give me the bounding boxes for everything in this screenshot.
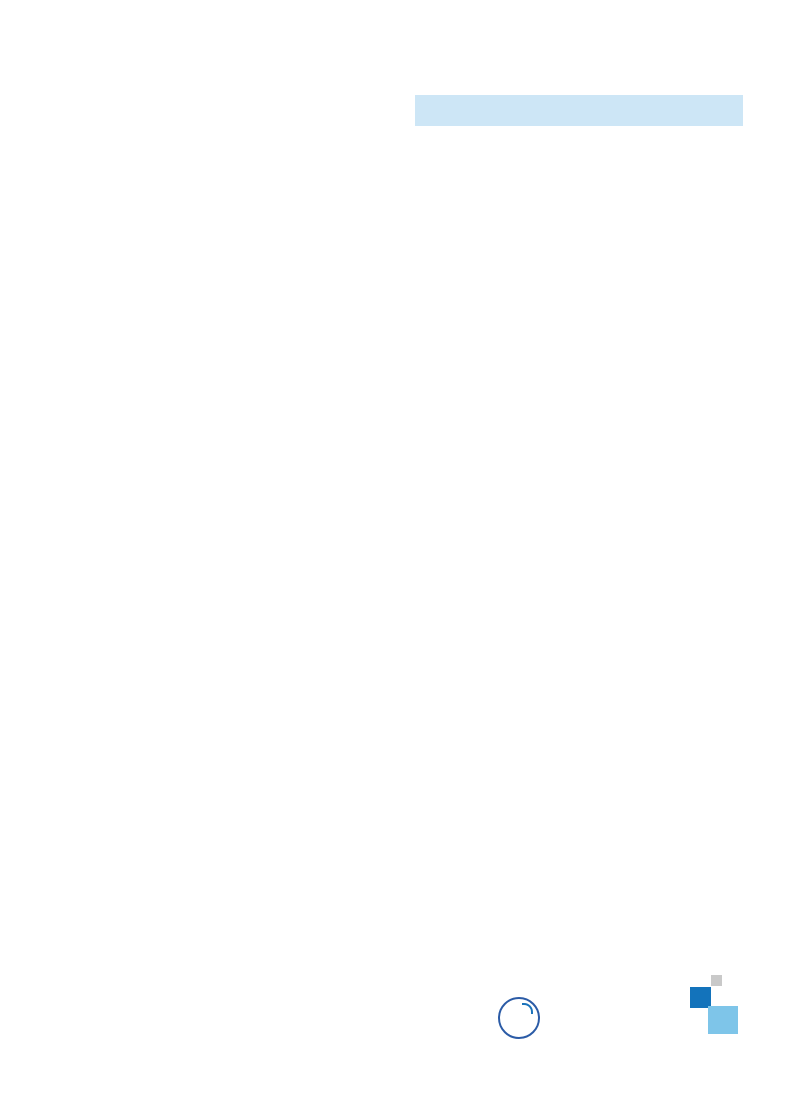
- left-column: [57, 86, 385, 135]
- decorative-gray-square: [711, 975, 722, 986]
- section-heading-band: [415, 95, 743, 126]
- page-number-badge: [708, 1006, 738, 1034]
- bottom-wave-decoration: [0, 924, 793, 1099]
- text-columns: [57, 86, 743, 135]
- right-column: [415, 86, 743, 135]
- document-page: [0, 0, 793, 1099]
- imt-2030-6g-logo: [498, 997, 540, 1039]
- signal-arc-icon: [522, 1003, 533, 1014]
- decorative-blue-square: [690, 987, 711, 1008]
